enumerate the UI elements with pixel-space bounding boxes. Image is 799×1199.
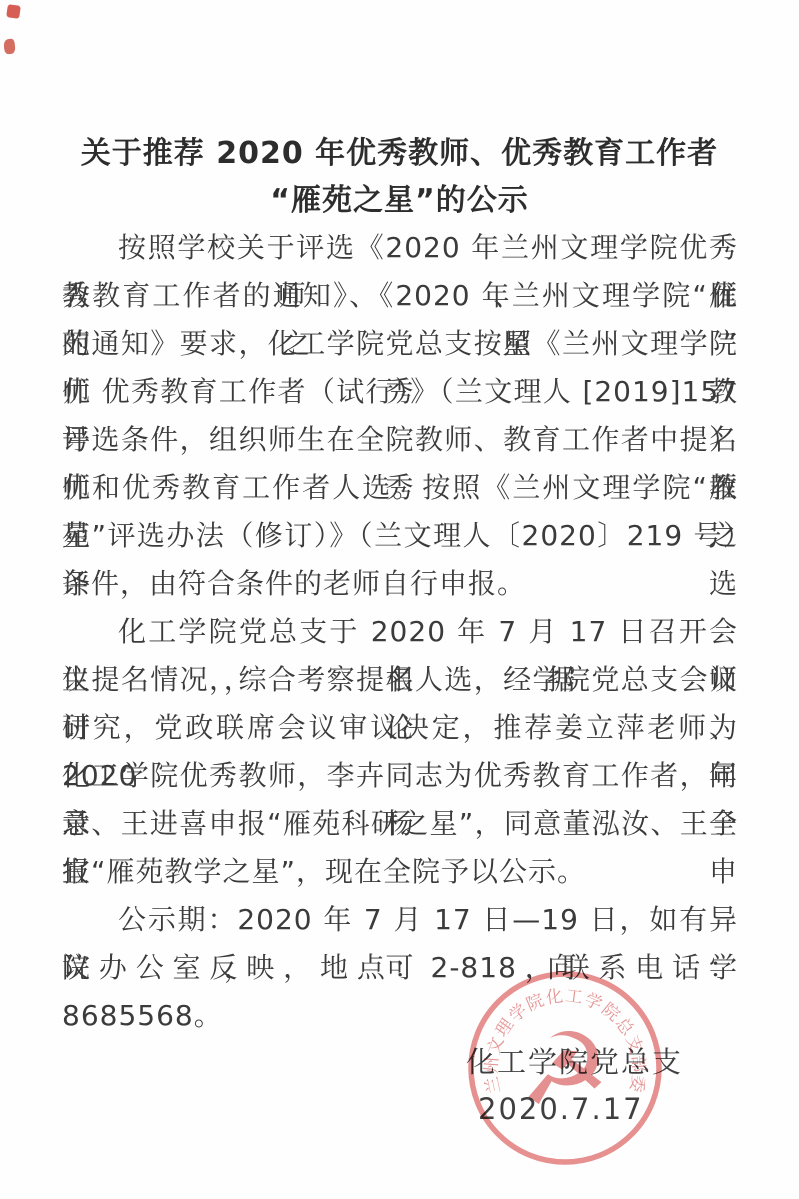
paragraph-line: 师和优秀教育工作者人选。按照《兰州文理学院“雁苑之 [62, 464, 738, 512]
paragraph-line: 评选条件，组织师生在全院教师、教育工作者中提名优秀教 [62, 416, 738, 464]
paragraph-line: 录、王进喜申报“雁苑科研之星”，同意董泓汝、王子宜申 [62, 800, 738, 848]
official-seal: 中共兰州文理学院化工学院总支部委员会 ☭ [461, 964, 669, 1172]
paragraph-line: 条件，由符合条件的老师自行申报。 [62, 560, 738, 608]
paragraph-line: 星”评选办法（修订）》（兰文理人〔2020〕219 号）评选 [62, 512, 738, 560]
red-scan-mark [6, 4, 21, 19]
hammer-sickle-icon: ☭ [520, 1011, 610, 1128]
document-title-line-2: “雁苑之星”的公示 [0, 175, 799, 219]
paragraph-line: 公示期：2020 年 7 月 17 日—19 日，如有异议，可向学 [62, 896, 738, 944]
paragraph-line: 按照学校关于评选《2020 年兰州文理学院优秀教师、优 [62, 224, 738, 272]
paragraph-line: 化工学院优秀教师，李卉同志为优秀教育工作者，同意杨全 [62, 752, 738, 800]
paragraph-line: 的通知》要求，化工学院党总支按照《兰州文理学院优秀教 [62, 320, 738, 368]
document-title-line-1: 关于推荐 2020 年优秀教师、优秀教育工作者 [0, 128, 799, 172]
paragraph-line: 生提名情况，综合考察提名人选，经学院党总支会议讨论、 [62, 656, 738, 704]
document-page: 关于推荐 2020 年优秀教师、优秀教育工作者 “雁苑之星”的公示 按照学校关于… [0, 0, 799, 1199]
paragraph-line: 研究，党政联席会议审议决定，推荐姜立萍老师为 2020 年 [62, 704, 738, 752]
seal-graphic: 中共兰州文理学院化工学院总支部委员会 ☭ [461, 964, 669, 1172]
paragraph-line: 秀教育工作者的通知》、《2020 年兰州文理学院“雁苑之星” [62, 272, 738, 320]
paragraph-line: 师 优秀教育工作者（试行）》（兰文理人 [2019]157 号） [62, 368, 738, 416]
red-scan-mark [3, 38, 16, 54]
paragraph-line: 化工学院党总支于 2020 年 7 月 17 日召开会议，根据师 [62, 608, 738, 656]
paragraph-line: 报“雁苑教学之星”，现在全院予以公示。 [62, 848, 738, 896]
